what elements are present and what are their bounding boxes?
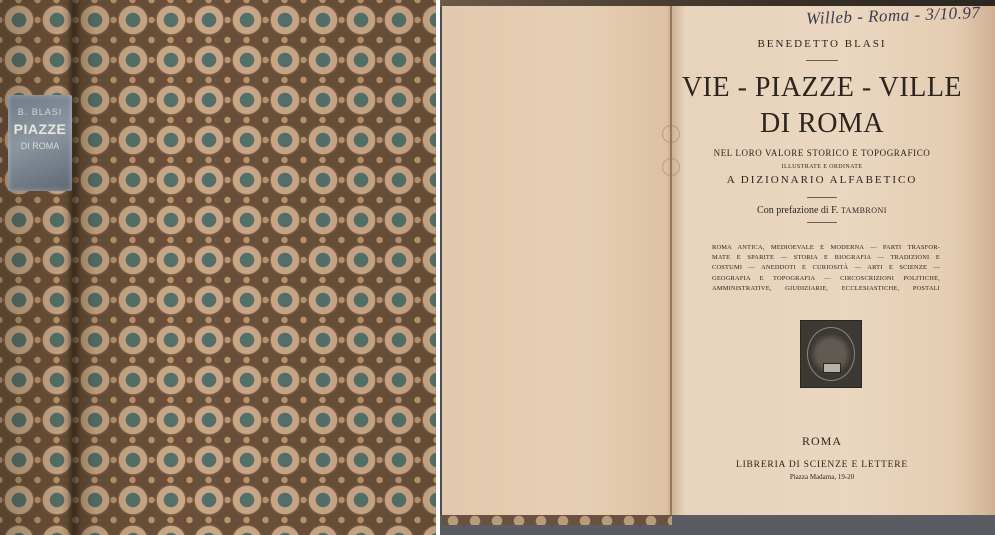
publisher-name: LIBRERIA DI SCIENZE E LETTERE bbox=[672, 460, 972, 470]
topics-line: GEOGRAFIA E TOPOGRAFIA — CIRCOSCRIZIONI … bbox=[712, 274, 940, 284]
subtitle-line-1: NEL LORO VALORE STORICO E TOPOGRAFICO bbox=[672, 148, 972, 158]
publisher-emblem-icon bbox=[800, 320, 862, 388]
topics-list: ROMA ANTICA, MEDIOEVALE E MODERNA — PART… bbox=[712, 243, 940, 294]
publisher-address: Piazza Madama, 19-20 bbox=[672, 473, 972, 481]
book-title-line-2: DI ROMA bbox=[672, 110, 972, 138]
preface-author: TAMBRONI bbox=[841, 206, 887, 215]
emblem-plaque bbox=[823, 363, 841, 373]
subtitle-line-2: ILLUSTRATE E ORDINATE bbox=[672, 164, 972, 170]
spine-label: B. BLASI PIAZZE DI ROMA bbox=[8, 95, 72, 191]
divider-rule bbox=[806, 60, 838, 61]
topics-line: ROMA ANTICA, MEDIOEVALE E MODERNA — PART… bbox=[712, 243, 940, 253]
title-page: Willeb - Roma - 3/10.97 BENEDETTO BLASI … bbox=[672, 6, 972, 516]
open-book-photo: Willeb - Roma - 3/10.97 BENEDETTO BLASI … bbox=[440, 0, 995, 535]
preface-prefix: Con prefazione di F. bbox=[757, 205, 841, 216]
topics-line: COSTUMI — ANEDDOTI E CURIOSITÀ — ARTI E … bbox=[712, 263, 940, 273]
publisher-city: ROMA bbox=[672, 434, 972, 449]
author-name: BENEDETTO BLASI bbox=[672, 38, 972, 50]
book-title-line-1: VIE - PIAZZE - VILLE bbox=[672, 74, 972, 102]
spine-fold-shadow bbox=[68, 0, 80, 535]
spine-label-subtitle: DI ROMA bbox=[8, 141, 72, 151]
cover-cloth-edge bbox=[442, 515, 672, 525]
preface-credit: Con prefazione di F. TAMBRONI bbox=[672, 205, 972, 216]
book-cover-photo: B. BLASI PIAZZE DI ROMA bbox=[0, 0, 436, 535]
subtitle-line-3: A DIZIONARIO ALFABETICO bbox=[672, 174, 972, 186]
spine-label-author: B. BLASI bbox=[8, 107, 72, 117]
divider-rule bbox=[807, 197, 837, 198]
topics-line: AMMINISTRATIVE, GIUDIZIARIE, ECCLESIASTI… bbox=[712, 284, 940, 294]
spine-label-title: PIAZZE bbox=[8, 121, 72, 137]
handwritten-inscription: Willeb - Roma - 3/10.97 bbox=[806, 3, 981, 29]
divider-rule bbox=[807, 222, 837, 223]
topics-line: MATE E SPARITE — STORIA E BIOGRAFIA — TR… bbox=[712, 253, 940, 263]
blank-endpaper bbox=[442, 6, 676, 516]
